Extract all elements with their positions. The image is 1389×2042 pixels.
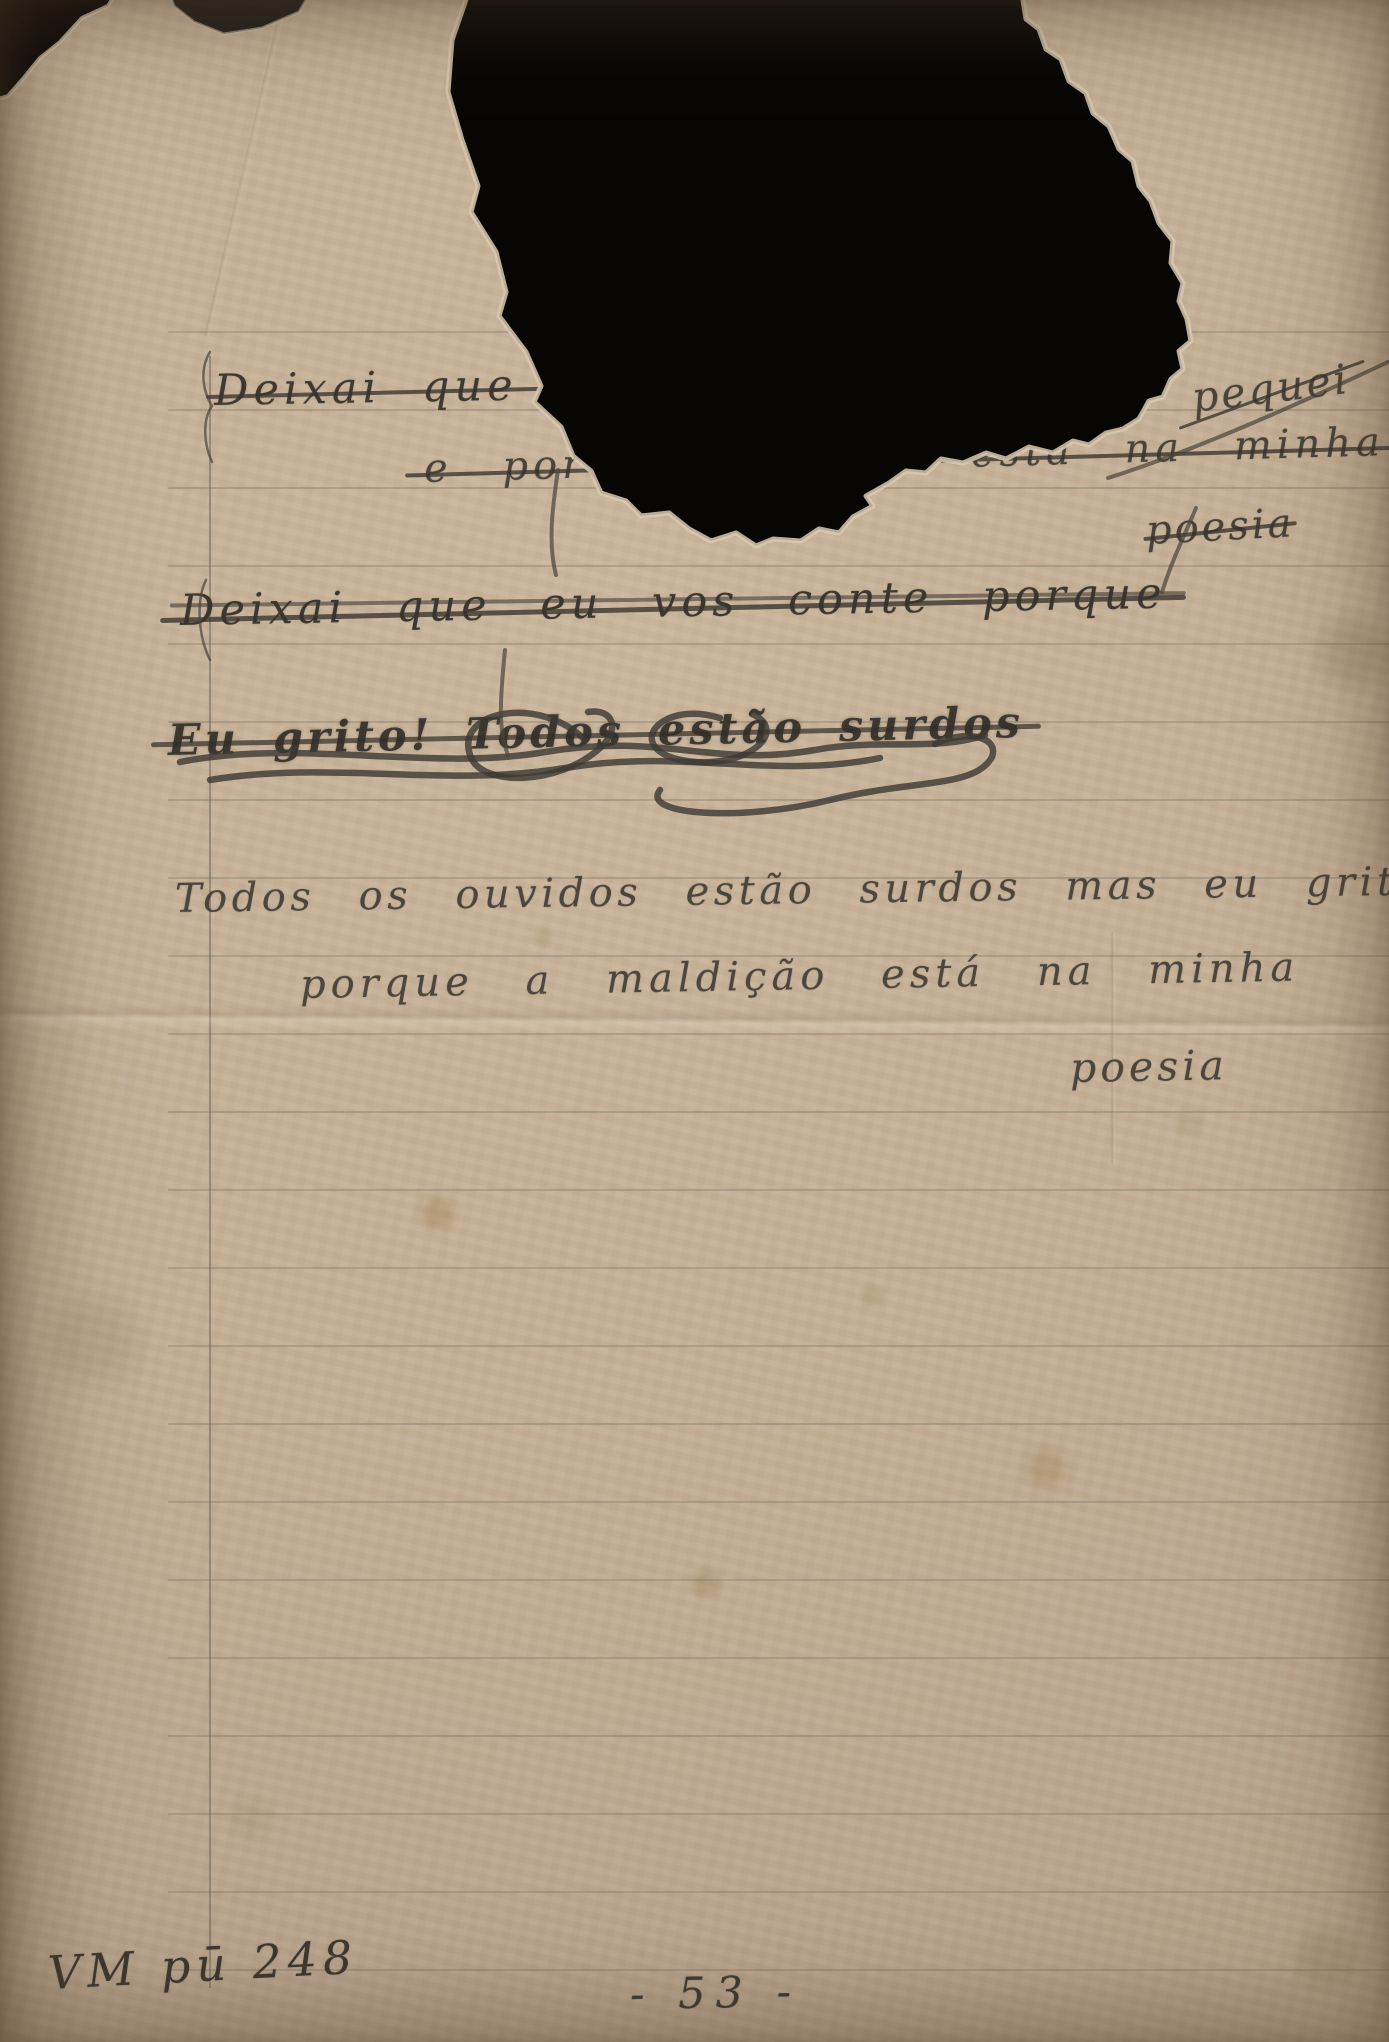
torn-notch <box>168 0 312 34</box>
struck-line-deixai-vos-conte: Deixai que eu vos conte porque <box>180 569 1167 636</box>
torn-corner <box>0 0 118 102</box>
fold-crease-diagonal <box>204 24 281 337</box>
struck-line-deixai-que-eu: Deixai que eu <box>214 359 622 416</box>
poem-line-poesia: poesia <box>1070 1041 1229 1092</box>
page-number: - 53 - <box>630 1967 802 2020</box>
manuscript-page: Deixai que eu pequei e porque o novo est… <box>0 0 1389 2042</box>
struck-word-poesia: poesia <box>1145 500 1296 554</box>
poem-line-todos-os-ouvidos: Todos os ouvidos estão surdos mas eu gri… <box>175 859 1389 922</box>
struck-line-e-porque-o-novo: e porque o novo está na minha <box>423 419 1385 492</box>
struck-word-pequei: pequei <box>1189 355 1352 422</box>
archive-mark: VM pū 248 <box>47 1930 360 2000</box>
scribbled-line-eu-grito: Eu grito! Todos estão surdos <box>167 698 1024 766</box>
poem-line-porque-a-maldicao: porque a maldição está na minha <box>300 945 1300 1008</box>
